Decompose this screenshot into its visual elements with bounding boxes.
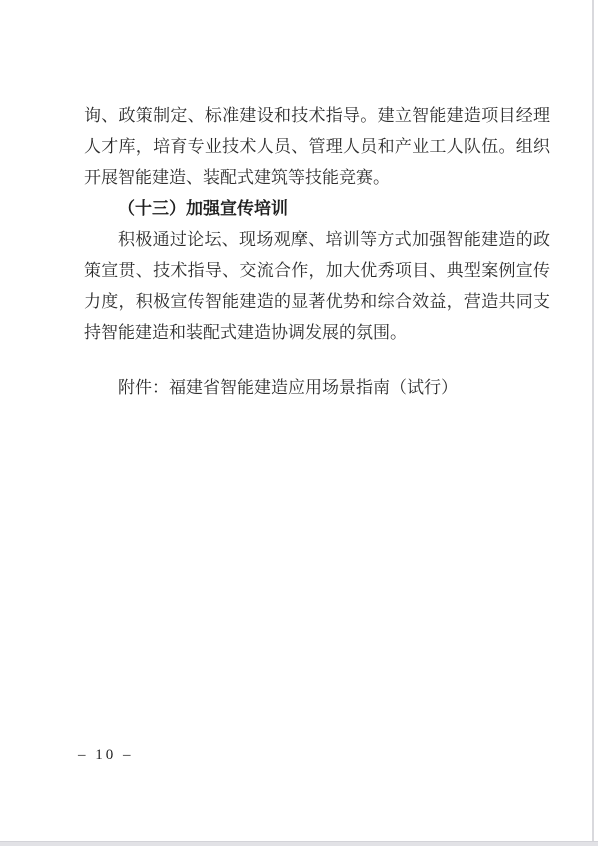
page-number: – 10 – bbox=[78, 745, 134, 765]
section-paragraph: 积极通过论坛、现场观摩、培训等方式加强智能建造的政策宣贯、技术指导、交流合作，加… bbox=[84, 224, 550, 348]
document-page: 询、政策制定、标准建设和技术指导。建立智能建造项目经理人才库，培育专业技术人员、… bbox=[0, 0, 593, 841]
document-body: 询、政策制定、标准建设和技术指导。建立智能建造项目经理人才库，培育专业技术人员、… bbox=[84, 100, 550, 403]
paragraph-continuation: 询、政策制定、标准建设和技术指导。建立智能建造项目经理人才库，培育专业技术人员、… bbox=[84, 100, 550, 193]
page-right-edge-line bbox=[592, 0, 594, 841]
attachment-line: 附件：福建省智能建造应用场景指南（试行） bbox=[84, 372, 550, 403]
viewer-background-strip bbox=[0, 841, 598, 846]
section-heading: （十三）加强宣传培训 bbox=[84, 193, 550, 224]
